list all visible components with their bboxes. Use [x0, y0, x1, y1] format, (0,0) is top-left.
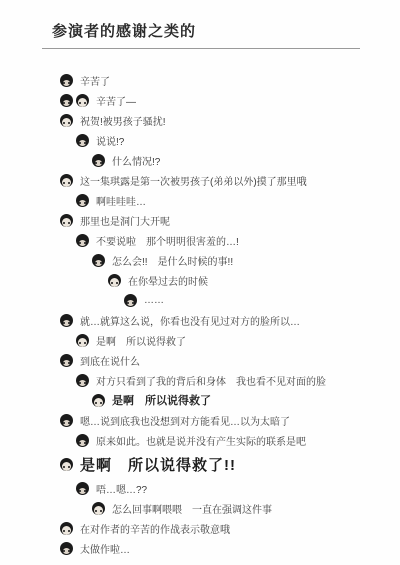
comment-text: 到底在说什么 — [80, 353, 140, 368]
comment-row: 辛苦了— — [60, 93, 400, 107]
comment-text: 太做作啦… — [80, 541, 130, 556]
comment-text: 啊哇哇哇… — [96, 193, 146, 208]
comment-text: 辛苦了 — [80, 73, 110, 88]
user-avatar-icon — [76, 134, 89, 147]
user-avatar-icon — [60, 314, 73, 327]
avatar-group — [92, 502, 105, 515]
user-avatar-icon — [60, 458, 73, 471]
comment-row: 太做作啦… — [60, 541, 400, 555]
comment-row: 这一集琪露是第一次被男孩子(弟弟以外)摸了那里哦 — [60, 173, 400, 187]
user-avatar-icon — [92, 154, 105, 167]
comment-row: 唔…嗯…?? — [76, 481, 400, 495]
comment-text: 怎么回事啊喂喂 一直在强调这件事 — [112, 501, 272, 516]
comment-text: 祝贺!被男孩子骚扰! — [80, 113, 166, 128]
avatar-group — [76, 194, 89, 207]
avatar-group — [76, 134, 89, 147]
avatar-group — [60, 94, 89, 107]
user-avatar-icon — [76, 374, 89, 387]
comment-text: 说说!? — [96, 133, 124, 148]
comment-text: 唔…嗯…?? — [96, 481, 147, 496]
avatar-group — [92, 394, 105, 407]
user-avatar-icon — [60, 174, 73, 187]
comment-row: 怎么会!! 是什么时候的事!! — [92, 253, 400, 267]
user-avatar-icon — [60, 114, 73, 127]
avatar-group — [108, 274, 121, 287]
page-header: 参演者的感谢之类的 — [42, 20, 360, 49]
comment-row: 原来如此。也就是说并没有产生实际的联系是吧 — [76, 433, 400, 447]
user-avatar-icon — [60, 522, 73, 535]
user-avatar-icon — [76, 234, 89, 247]
comment-row: 辛苦了 — [60, 73, 400, 87]
avatar-group — [60, 114, 73, 127]
avatar-group — [76, 334, 89, 347]
user-avatar-icon — [60, 94, 73, 107]
comment-row: 是啊 所以说得救了!! — [60, 453, 400, 475]
user-avatar-icon — [76, 194, 89, 207]
user-avatar-icon — [124, 294, 137, 307]
avatar-group — [60, 522, 73, 535]
comment-row: 是啊 所以说得救了 — [92, 393, 400, 407]
comment-row: 那里也是洞门大开呢 — [60, 213, 400, 227]
avatar-group — [92, 154, 105, 167]
avatar-group — [92, 254, 105, 267]
user-avatar-icon — [76, 334, 89, 347]
comment-row: 怎么回事啊喂喂 一直在强调这件事 — [92, 501, 400, 515]
user-avatar-icon — [60, 414, 73, 427]
comment-row: 对方只看到了我的背后和身体 我也看不见对面的脸 — [76, 373, 400, 387]
comment-text: 不要说啦 那个明明很害羞的…! — [96, 233, 239, 248]
comment-text: 那里也是洞门大开呢 — [80, 213, 170, 228]
avatar-group — [60, 542, 73, 555]
avatar-group — [76, 234, 89, 247]
avatar-group — [60, 414, 73, 427]
comment-row: 什么情况!? — [92, 153, 400, 167]
avatar-group — [60, 458, 73, 471]
comment-text: 这一集琪露是第一次被男孩子(弟弟以外)摸了那里哦 — [80, 173, 307, 188]
comment-row: 是啊 所以说得救了 — [76, 333, 400, 347]
comment-row: …… — [124, 293, 400, 307]
comment-row: 说说!? — [76, 133, 400, 147]
comment-text: 是啊 所以说得救了 — [112, 392, 211, 408]
comment-text: 怎么会!! 是什么时候的事!! — [112, 253, 233, 268]
comment-row: 就…就算这么说，你看也没有见过对方的脸所以… — [60, 313, 400, 327]
user-avatar-icon — [60, 74, 73, 87]
comment-text: 就…就算这么说，你看也没有见过对方的脸所以… — [80, 313, 300, 328]
comment-row: 到底在说什么 — [60, 353, 400, 367]
user-avatar-icon — [76, 94, 89, 107]
comment-text: 辛苦了— — [96, 93, 136, 108]
user-avatar-icon — [60, 354, 73, 367]
comment-text: 嗯…说到底我也没想到对方能看见…以为太暗了 — [80, 413, 290, 428]
user-avatar-icon — [60, 214, 73, 227]
comment-row: 不要说啦 那个明明很害羞的…! — [76, 233, 400, 247]
avatar-group — [124, 294, 137, 307]
user-avatar-icon — [76, 482, 89, 495]
comments-list: 辛苦了 辛苦了— 祝贺!被男孩子骚扰! 说说!? 什么情况!? 这一集琪露是第一… — [0, 73, 400, 555]
user-avatar-icon — [92, 254, 105, 267]
avatar-group — [76, 434, 89, 447]
avatar-group — [76, 374, 89, 387]
comment-row: 在对作者的辛苦的作战表示敬意哦 — [60, 521, 400, 535]
user-avatar-icon — [92, 502, 105, 515]
comment-row: 嗯…说到底我也没想到对方能看见…以为太暗了 — [60, 413, 400, 427]
avatar-group — [60, 214, 73, 227]
avatar-group — [60, 174, 73, 187]
comment-text: 在你晕过去的时候 — [128, 273, 208, 288]
comment-row: 祝贺!被男孩子骚扰! — [60, 113, 400, 127]
page-title: 参演者的感谢之类的 — [52, 20, 360, 41]
avatar-group — [60, 354, 73, 367]
user-avatar-icon — [108, 274, 121, 287]
avatar-group — [60, 314, 73, 327]
comments-page: 参演者的感谢之类的 辛苦了 辛苦了— 祝贺!被男孩子骚扰! 说说!? 什么情况!… — [0, 0, 400, 565]
comment-text: 什么情况!? — [112, 153, 160, 168]
comment-text: …… — [144, 295, 164, 306]
comment-text: 在对作者的辛苦的作战表示敬意哦 — [80, 521, 230, 536]
avatar-group — [76, 482, 89, 495]
user-avatar-icon — [76, 434, 89, 447]
comment-text: 对方只看到了我的背后和身体 我也看不见对面的脸 — [96, 373, 326, 388]
user-avatar-icon — [92, 394, 105, 407]
comment-text: 是啊 所以说得救了 — [96, 333, 186, 348]
comment-row: 啊哇哇哇… — [76, 193, 400, 207]
comment-row: 在你晕过去的时候 — [108, 273, 400, 287]
user-avatar-icon — [60, 542, 73, 555]
avatar-group — [60, 74, 73, 87]
comment-text: 原来如此。也就是说并没有产生实际的联系是吧 — [96, 433, 306, 448]
comment-text: 是啊 所以说得救了!! — [80, 454, 236, 475]
